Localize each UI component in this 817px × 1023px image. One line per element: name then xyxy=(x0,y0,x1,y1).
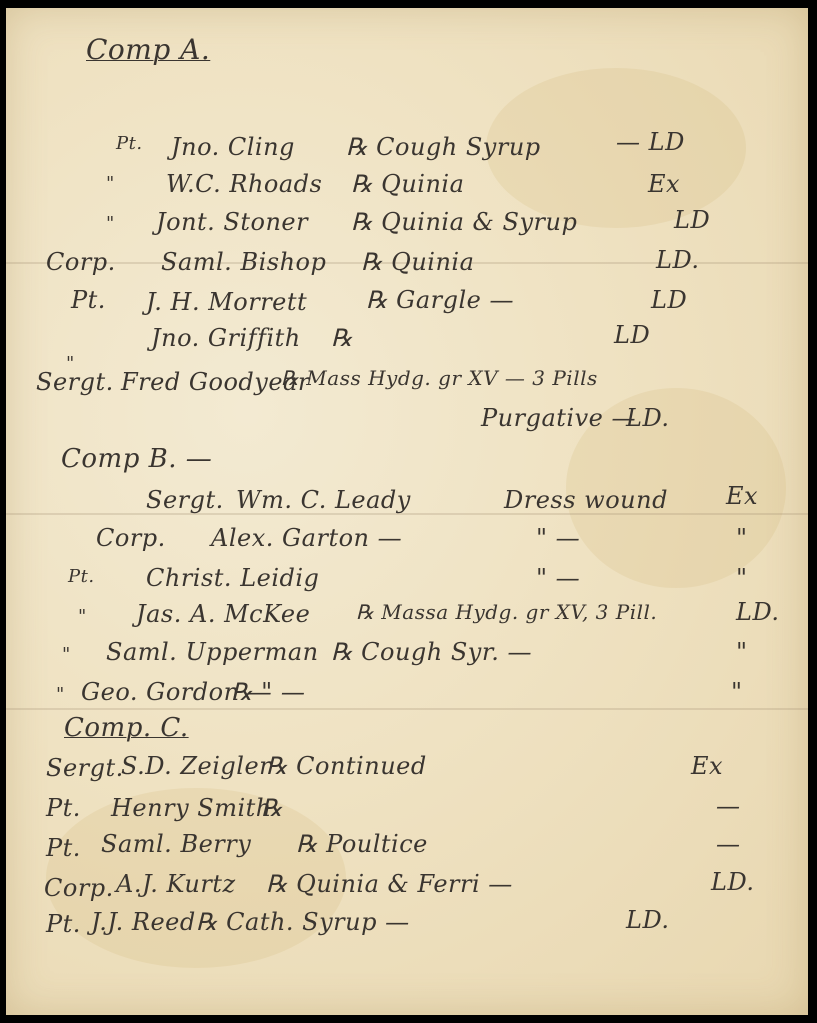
disposition: — xyxy=(716,792,741,820)
rank: " xyxy=(56,684,65,705)
prescription: ℞ Mass Hydg. gr XV — 3 Pills xyxy=(281,366,598,390)
disposition: " xyxy=(736,524,748,552)
prescription: " — xyxy=(536,564,580,592)
patient-name: J. H. Morrett xyxy=(146,288,307,316)
rank: Pt. xyxy=(46,794,81,822)
rank: Pt. xyxy=(71,286,106,314)
disposition: LD. xyxy=(626,906,669,934)
disposition: LD. xyxy=(626,404,669,432)
rank: Pt. xyxy=(46,910,81,938)
disposition: " xyxy=(736,564,748,592)
patient-name: S.D. Zeigler xyxy=(121,752,271,780)
disposition: Ex xyxy=(726,482,758,510)
rank: " xyxy=(106,213,115,234)
patient-name: Jas. A. McKee xyxy=(136,600,310,628)
prescription: ℞ Quinia & Syrup xyxy=(351,208,577,236)
prescription: ℞ " — xyxy=(231,678,305,706)
prescription: ℞ Quinia & Ferri — xyxy=(266,870,513,898)
section-heading-comp-c: Comp. C. xyxy=(64,713,189,743)
disposition: LD. xyxy=(711,868,754,896)
prescription: ℞ Continued xyxy=(266,752,427,780)
patient-name: Alex. Garton — xyxy=(211,524,402,552)
rank: Corp. xyxy=(44,874,114,902)
section-heading-comp-b: Comp B. — xyxy=(61,444,212,474)
prescription: ℞ Cough Syrup xyxy=(346,133,541,161)
prescription: ℞ xyxy=(331,324,353,352)
prescription: ℞ Massa Hydg. gr XV, 3 Pill. xyxy=(356,600,657,624)
disposition: LD xyxy=(674,206,710,234)
prescription: ℞ Quinia xyxy=(361,248,474,276)
patient-name: Jont. Stoner xyxy=(156,208,308,236)
prescription: Dress wound xyxy=(504,486,668,514)
rank: Pt. xyxy=(46,834,81,862)
rank: Pt. xyxy=(116,133,143,154)
patient-name: Christ. Leidig xyxy=(146,564,319,592)
patient-name: Henry Smith xyxy=(111,794,272,822)
rank: Pt. xyxy=(68,566,95,587)
patient-name: Jno. Cling xyxy=(171,133,295,161)
patient-name: J.J. Reed xyxy=(91,908,196,936)
section-heading-comp-a: Comp A. xyxy=(86,33,210,66)
disposition: LD. xyxy=(736,598,779,626)
fold-line xyxy=(6,708,808,710)
prescription: ℞ Quinia xyxy=(351,170,464,198)
manuscript-page: Comp A. Pt. Jno. Cling ℞ Cough Syrup — L… xyxy=(6,8,808,1015)
rank: Sergt. xyxy=(46,754,124,782)
rank: Corp. xyxy=(96,524,166,552)
prescription: ℞ xyxy=(261,794,283,822)
patient-name: A.J. Kurtz xyxy=(116,870,236,898)
disposition: LD xyxy=(651,286,687,314)
disposition: " xyxy=(736,638,748,666)
patient-name: Wm. C. Leady xyxy=(236,486,411,514)
disposition: Ex xyxy=(648,170,680,198)
rank: " xyxy=(106,173,115,194)
prescription: ℞ Gargle — xyxy=(366,286,514,314)
rank: " xyxy=(62,644,71,665)
disposition: — LD xyxy=(616,128,685,156)
rank: Sergt. xyxy=(146,486,224,514)
disposition: LD xyxy=(614,321,650,349)
patient-name: W.C. Rhoads xyxy=(166,170,322,198)
rank: " xyxy=(78,606,87,627)
prescription: ℞ Poultice xyxy=(296,830,428,858)
patient-name: Saml. Upperman xyxy=(106,638,319,666)
prescription: ℞ Cough Syr. — xyxy=(331,638,532,666)
prescription: Purgative — xyxy=(481,404,636,432)
disposition: " xyxy=(731,678,743,706)
rank: Corp. xyxy=(46,248,116,276)
disposition: — xyxy=(716,830,741,858)
patient-name: Jno. Griffith xyxy=(151,324,301,352)
rank: Sergt. xyxy=(36,368,114,396)
patient-name: Saml. Bishop xyxy=(161,248,326,276)
patient-name: Saml. Berry xyxy=(101,830,251,858)
disposition: LD. xyxy=(656,246,699,274)
prescription: ℞ Cath. Syrup — xyxy=(196,908,410,936)
prescription: " — xyxy=(536,524,580,552)
disposition: Ex xyxy=(691,752,723,780)
